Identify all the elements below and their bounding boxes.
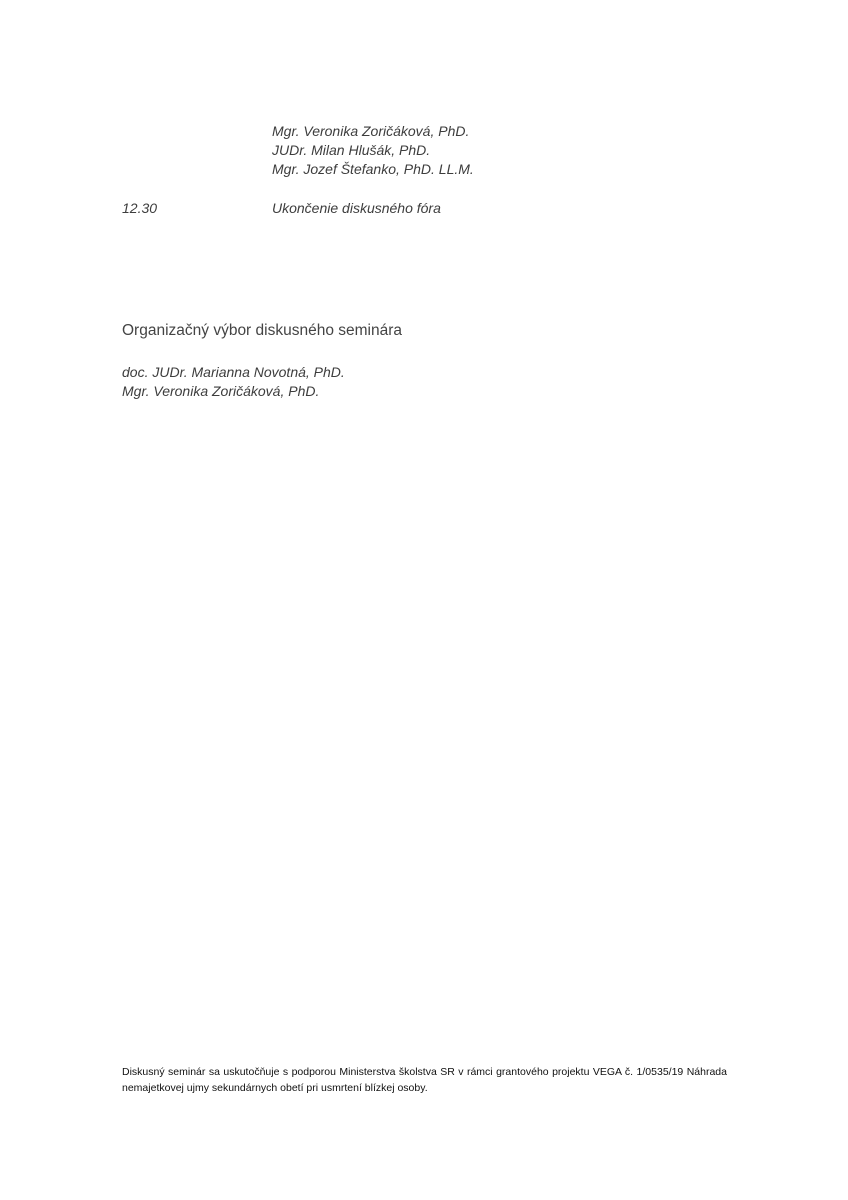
program-time: 12.30 bbox=[122, 199, 157, 218]
speaker-name: JUDr. Milan Hlušák, PhD. bbox=[272, 141, 474, 160]
committee-member: Mgr. Veronika Zoričáková, PhD. bbox=[122, 382, 345, 401]
committee-heading: Organizačný výbor diskusného seminára bbox=[122, 321, 402, 341]
funding-footnote: Diskusný seminár sa uskutočňuje s podpor… bbox=[122, 1064, 727, 1096]
committee-member: doc. JUDr. Marianna Novotná, PhD. bbox=[122, 363, 345, 382]
speaker-name: Mgr. Jozef Štefanko, PhD. LL.M. bbox=[272, 160, 474, 179]
speaker-list: Mgr. Veronika Zoričáková, PhD. JUDr. Mil… bbox=[272, 122, 474, 179]
committee-member-list: doc. JUDr. Marianna Novotná, PhD. Mgr. V… bbox=[122, 363, 345, 401]
document-page: Mgr. Veronika Zoričáková, PhD. JUDr. Mil… bbox=[0, 0, 848, 1200]
speaker-name: Mgr. Veronika Zoričáková, PhD. bbox=[272, 122, 474, 141]
program-item-label: Ukončenie diskusného fóra bbox=[272, 199, 441, 218]
